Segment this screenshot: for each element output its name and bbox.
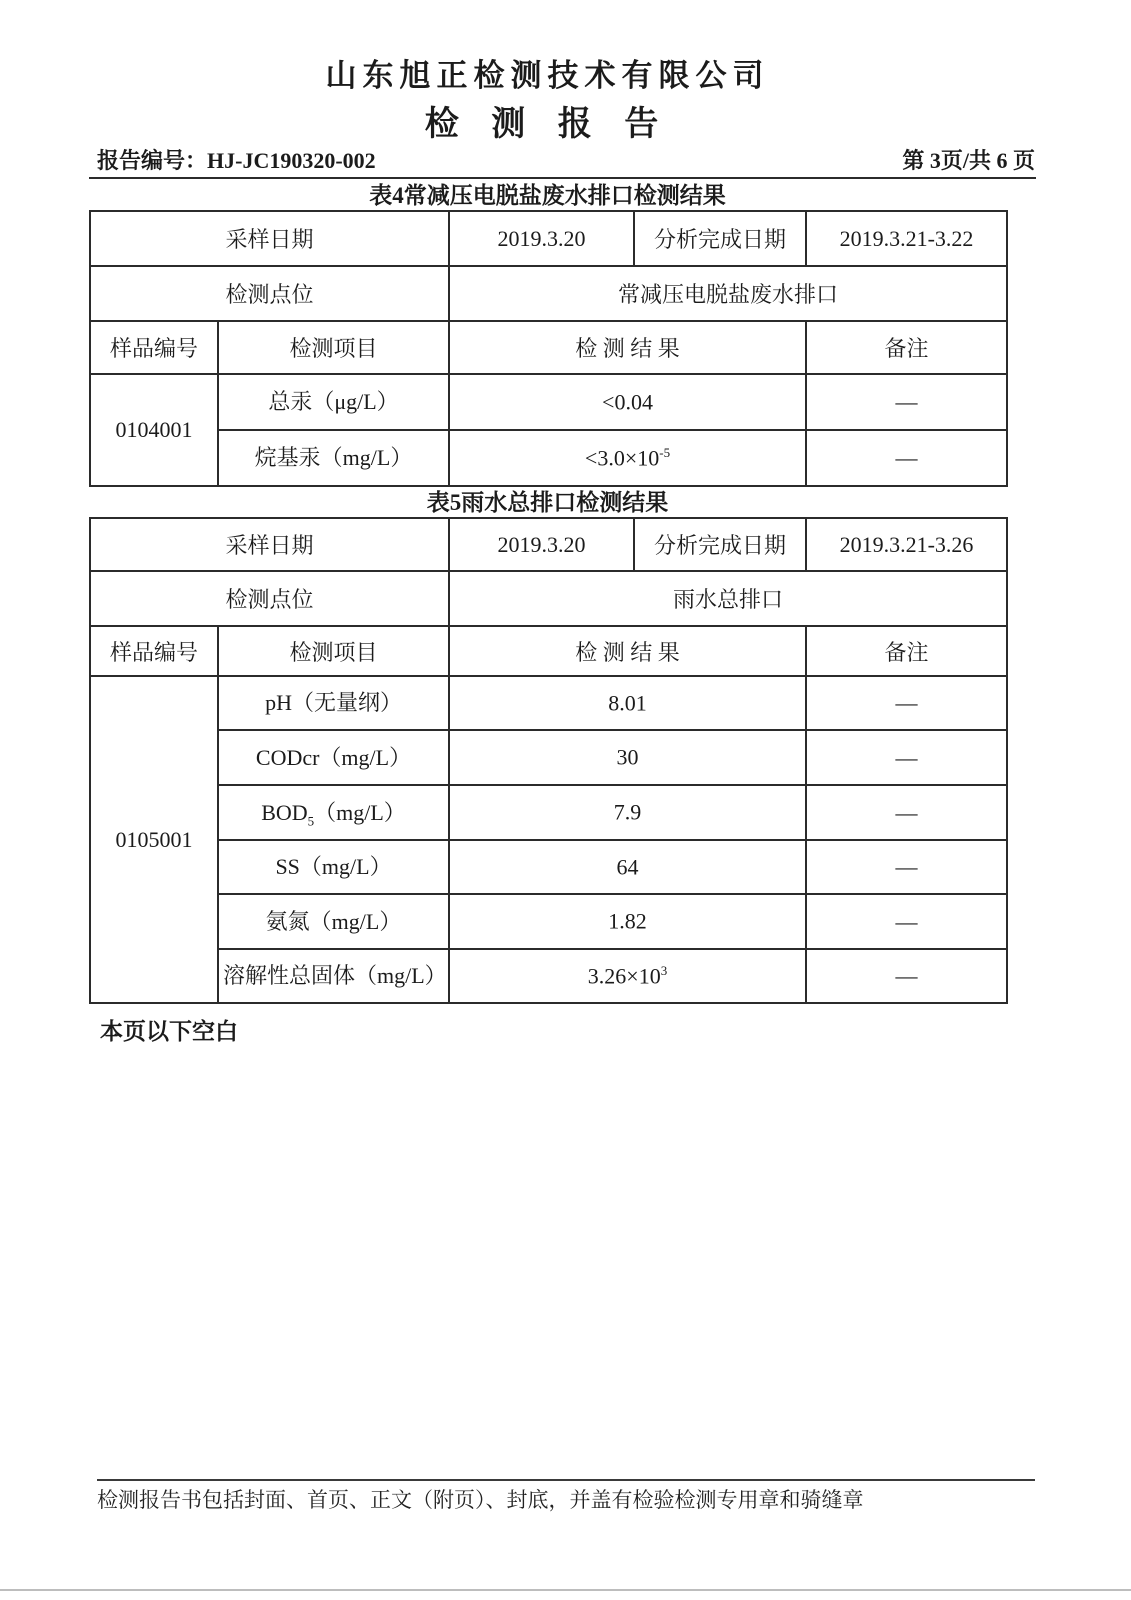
t5-row4-item: 氨氮（mg/L）: [218, 894, 449, 949]
t4-sampling-date-value: 2019.3.20: [449, 211, 634, 266]
table5-title: 表5雨水总排口检测结果: [89, 489, 1006, 517]
blank-below-note: 本页以下空白: [89, 1018, 1006, 1046]
t5-row5-item: 溶解性总固体（mg/L）: [218, 949, 449, 1003]
report-meta-row: 报告编号：HJ-JC190320-002 第 3页/共 6 页: [89, 148, 1035, 174]
t5-analysis-date-label: 分析完成日期: [634, 518, 806, 571]
t5-row3-item: SS（mg/L）: [218, 840, 449, 894]
table4-data-row: 0104001 总汞（μg/L） <0.04 —: [90, 374, 1007, 430]
item-text: CODcr（mg/L）: [256, 745, 411, 770]
t5-col-result: 检 测 结 果: [449, 626, 806, 676]
item-unit: （mg/L）: [314, 800, 406, 825]
table5-data-row: CODcr（mg/L） 30 —: [90, 730, 1007, 785]
t5-analysis-date-value: 2019.3.21-3.26: [806, 518, 1007, 571]
t5-row1-item: CODcr（mg/L）: [218, 730, 449, 785]
result-value: 1.82: [608, 909, 647, 934]
t5-row0-result: 8.01: [449, 676, 806, 730]
table5-location-row: 检测点位 雨水总排口: [90, 571, 1007, 626]
t5-col-remark: 备注: [806, 626, 1007, 676]
table4-data-row: 烷基汞（mg/L） <3.0×10-5 —: [90, 430, 1007, 486]
item-text: BOD: [261, 800, 307, 825]
t4-location-label: 检测点位: [90, 266, 449, 321]
result-value: 3.26×10: [588, 963, 661, 988]
t5-row4-result: 1.82: [449, 894, 806, 949]
table5-data-row: SS（mg/L） 64 —: [90, 840, 1007, 894]
t4-row0-remark: —: [806, 374, 1007, 430]
footer-divider: [97, 1479, 1035, 1481]
document-title: 检 测 报 告: [89, 104, 1006, 146]
t5-row2-remark: —: [806, 785, 1007, 840]
t5-col-sample-id: 样品编号: [90, 626, 218, 676]
t5-sample-id: 0105001: [90, 676, 218, 1003]
t5-row2-item: BOD5（mg/L）: [218, 785, 449, 840]
table5-header-row: 样品编号 检测项目 检 测 结 果 备注: [90, 626, 1007, 676]
t4-col-result: 检 测 结 果: [449, 321, 806, 374]
t4-col-item: 检测项目: [218, 321, 449, 374]
page-content: 山东旭正检测技术有限公司 检 测 报 告 报告编号：HJ-JC190320-00…: [89, 0, 1006, 1046]
t4-sampling-date-label: 采样日期: [90, 211, 449, 266]
item-text: SS（mg/L）: [275, 854, 391, 879]
t4-col-sample-id: 样品编号: [90, 321, 218, 374]
result-value: 8.01: [608, 690, 647, 715]
table5-data-row: 0105001 pH（无量纲） 8.01 —: [90, 676, 1007, 730]
t4-row0-item: 总汞（μg/L）: [218, 374, 449, 430]
report-number-value: HJ-JC190320-002: [207, 148, 376, 173]
item-text: 烷基汞（mg/L）: [255, 445, 413, 470]
table4-dates-row: 采样日期 2019.3.20 分析完成日期 2019.3.21-3.22: [90, 211, 1007, 266]
t5-col-item: 检测项目: [218, 626, 449, 676]
scan-artifact-line: [0, 1589, 1131, 1591]
table4: 采样日期 2019.3.20 分析完成日期 2019.3.21-3.22 检测点…: [89, 210, 1008, 487]
t4-sample-id: 0104001: [90, 374, 218, 486]
t4-row1-item: 烷基汞（mg/L）: [218, 430, 449, 486]
t5-row5-result: 3.26×103: [449, 949, 806, 1003]
table5-dates-row: 采样日期 2019.3.20 分析完成日期 2019.3.21-3.26: [90, 518, 1007, 571]
item-text: 总汞（μg/L）: [268, 389, 398, 414]
result-exponent: 3: [661, 963, 668, 978]
t5-row0-remark: —: [806, 676, 1007, 730]
report-page: 山东旭正检测技术有限公司 检 测 报 告 报告编号：HJ-JC190320-00…: [0, 0, 1131, 1600]
page-indicator: 第 3页/共 6 页: [902, 148, 1035, 174]
t4-col-remark: 备注: [806, 321, 1007, 374]
result-value: 64: [617, 854, 639, 879]
t5-row0-item: pH（无量纲）: [218, 676, 449, 730]
report-number-label: 报告编号：: [97, 148, 207, 173]
t5-sampling-date-value: 2019.3.20: [449, 518, 634, 571]
item-text: 氨氮（mg/L）: [266, 909, 402, 934]
t5-row1-remark: —: [806, 730, 1007, 785]
t4-analysis-date-label: 分析完成日期: [634, 211, 806, 266]
t5-row4-remark: —: [806, 894, 1007, 949]
result-value: 30: [617, 745, 639, 770]
t5-row1-result: 30: [449, 730, 806, 785]
report-number: 报告编号：HJ-JC190320-002: [97, 148, 376, 174]
t5-row5-remark: —: [806, 949, 1007, 1003]
header-divider: [89, 177, 1036, 179]
t4-row1-result: <3.0×10-5: [449, 430, 806, 486]
t5-sampling-date-label: 采样日期: [90, 518, 449, 571]
item-text: pH（无量纲）: [265, 690, 402, 715]
footer-note: 检测报告书包括封面、首页、正文（附页）、封底，并盖有检验检测专用章和骑缝章: [97, 1487, 1035, 1513]
t4-row1-remark: —: [806, 430, 1007, 486]
table4-location-row: 检测点位 常减压电脱盐废水排口: [90, 266, 1007, 321]
table5-data-row: 氨氮（mg/L） 1.82 —: [90, 894, 1007, 949]
t4-location-value: 常减压电脱盐废水排口: [449, 266, 1007, 321]
page-footer: 检测报告书包括封面、首页、正文（附页）、封底，并盖有检验检测专用章和骑缝章: [97, 1479, 1035, 1513]
table5: 采样日期 2019.3.20 分析完成日期 2019.3.21-3.26 检测点…: [89, 517, 1008, 1004]
result-value: <0.04: [602, 389, 653, 414]
table5-data-row: 溶解性总固体（mg/L） 3.26×103 —: [90, 949, 1007, 1003]
result-value: <3.0×10: [585, 445, 659, 470]
company-name: 山东旭正检测技术有限公司: [89, 0, 1006, 96]
result-exponent: -5: [659, 445, 670, 460]
t5-row2-result: 7.9: [449, 785, 806, 840]
t5-location-label: 检测点位: [90, 571, 449, 626]
item-text: 溶解性总固体（mg/L）: [223, 963, 447, 988]
t5-row3-remark: —: [806, 840, 1007, 894]
t4-analysis-date-value: 2019.3.21-3.22: [806, 211, 1007, 266]
t4-row0-result: <0.04: [449, 374, 806, 430]
table4-header-row: 样品编号 检测项目 检 测 结 果 备注: [90, 321, 1007, 374]
t5-location-value: 雨水总排口: [449, 571, 1007, 626]
t5-row3-result: 64: [449, 840, 806, 894]
result-value: 7.9: [614, 800, 642, 825]
table4-title: 表4常减压电脱盐废水排口检测结果: [89, 182, 1006, 210]
table5-data-row: BOD5（mg/L） 7.9 —: [90, 785, 1007, 840]
